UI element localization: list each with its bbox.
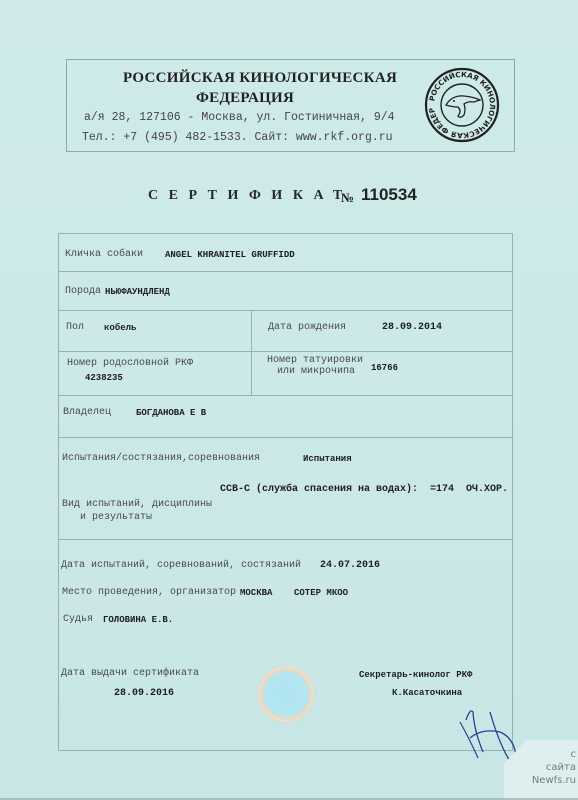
row-divider	[58, 395, 512, 396]
certificate-title: СЕРТИФИКАТ	[148, 188, 353, 204]
dog-name-value: ANGEL KHRANITEL GRUFFIDD	[165, 250, 295, 260]
breed-label: Порода	[65, 286, 101, 297]
column-divider	[251, 310, 252, 395]
discipline-label-line2: и результаты	[80, 512, 152, 523]
place-label: Место проведения, организатор	[62, 587, 236, 598]
owner-label: Владелец	[63, 407, 111, 418]
birth-date-label: Дата рождения	[268, 322, 346, 333]
watermark-line2: сайта	[504, 761, 576, 774]
birth-date-value: 28.09.2014	[382, 322, 442, 333]
row-divider	[58, 351, 512, 352]
table-border-top	[58, 233, 512, 234]
tattoo-value: 16766	[371, 363, 398, 373]
watermark-line3: Newfs.ru	[504, 774, 576, 787]
event-date-value: 24.07.2016	[320, 560, 380, 571]
hologram-seal-icon	[258, 666, 314, 722]
dog-name-label: Кличка собаки	[65, 249, 143, 260]
discipline-result: ССВ-С (служба спасения на водах): =174 О…	[220, 484, 508, 495]
event-date-label: Дата испытаний, соревнований, состязаний	[61, 560, 301, 571]
certificate-page: РОССИЙСКАЯ КИНОЛОГИЧЕСКАЯ ФЕДЕРАЦИЯ а/я …	[0, 0, 578, 800]
org-contacts: Тел.: +7 (495) 482-1533. Сайт: www.rkf.o…	[82, 131, 393, 144]
discipline-label-line1: Вид испытаний, дисциплины	[62, 499, 212, 510]
breed-value: НЬЮФАУНДЛЕНД	[105, 287, 170, 297]
number-sign: №	[341, 190, 354, 206]
judge-value: ГОЛОВИНА Е.В.	[103, 615, 173, 625]
tattoo-label-line1: Номер татуировки	[267, 355, 363, 366]
certificate-number: 110534	[361, 185, 417, 205]
pedigree-label: Номер родословной РКФ	[67, 358, 193, 369]
org-address: а/я 28, 127106 - Москва, ул. Гостиничная…	[84, 111, 395, 124]
event-type-value: Испытания	[303, 454, 352, 464]
judge-label: Судья	[63, 614, 93, 625]
row-divider	[58, 310, 512, 311]
issue-date-value: 28.09.2016	[114, 688, 174, 699]
sex-label: Пол	[66, 322, 84, 333]
org-name-line1: РОССИЙСКАЯ КИНОЛОГИЧЕСКАЯ	[123, 70, 397, 87]
issue-date-label: Дата выдачи сертификата	[61, 668, 199, 679]
place-value: МОСКВА СОТЕР МКОО	[240, 588, 348, 598]
sex-value: кобель	[104, 323, 136, 333]
org-name-line2: ФЕДЕРАЦИЯ	[196, 90, 294, 107]
table-border-left	[58, 233, 59, 751]
row-divider	[58, 437, 512, 438]
secretary-title: Секретарь-кинолог РКФ	[359, 670, 472, 680]
event-type-label: Испытания/состязания,соревнования	[62, 453, 260, 464]
table-border-right	[512, 233, 513, 751]
secretary-name: К.Касаточкина	[392, 688, 462, 698]
rkf-seal-icon: РОССИЙСКАЯ КИНОЛОГИЧЕСКАЯ ФЕДЕРАЦИЯ •	[424, 67, 500, 143]
row-divider	[58, 271, 512, 272]
pedigree-value: 4238235	[85, 373, 123, 383]
row-divider	[58, 539, 512, 540]
tattoo-label-line2: или микрочипа	[277, 366, 355, 377]
owner-value: БОГДАНОВА Е В	[136, 408, 206, 418]
table-border-bottom	[58, 750, 512, 751]
